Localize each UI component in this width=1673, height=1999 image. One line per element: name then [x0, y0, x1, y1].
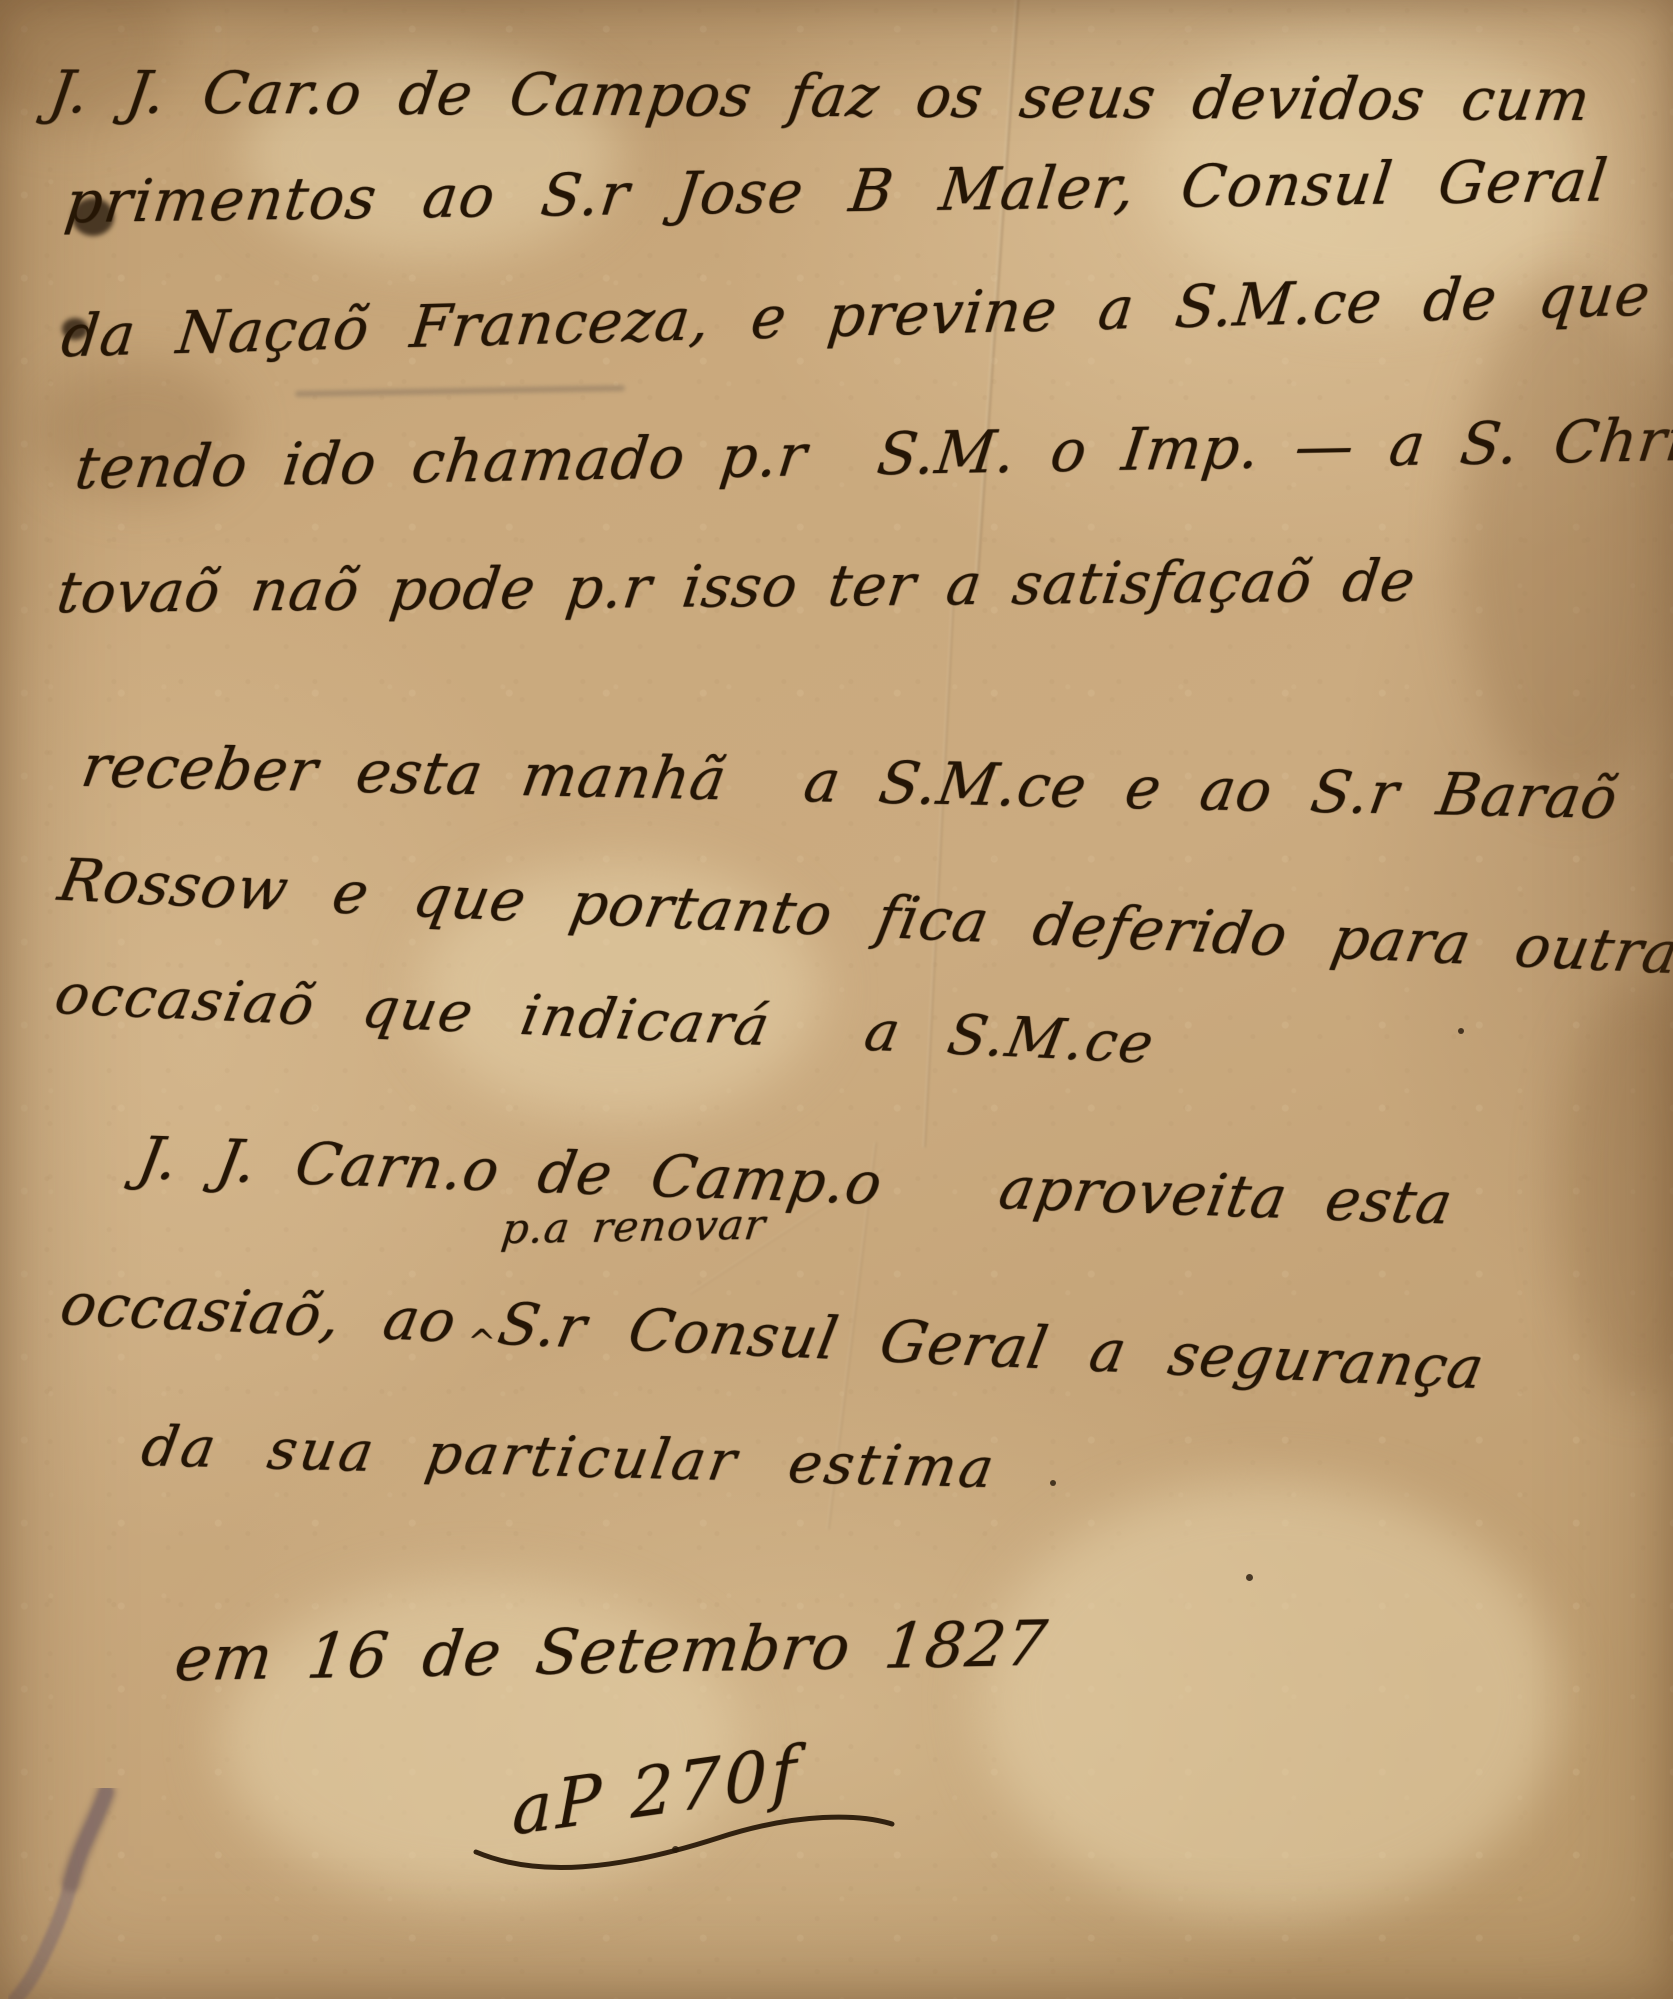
- manuscript-line-11: da sua particular estima: [137, 1414, 1001, 1501]
- manuscript-line-8: occasiaõ que indicará a S.M.ce: [50, 962, 1160, 1076]
- pencil-smudge-under-line-3: [295, 385, 625, 397]
- docket-number: aP 270f: [512, 1732, 800, 1852]
- paper-stain-dark-2: [1460, 280, 1673, 800]
- paper-stain-dark-3: [1560, 980, 1673, 1400]
- paper-stain-light-5: [980, 1480, 1560, 1920]
- manuscript-line-7: Rossow e que portanto fica deferido para…: [53, 846, 1673, 987]
- interlinear-insertion: p.a renovar: [499, 1199, 769, 1253]
- wax-smudge-bottom-left: [8, 1788, 138, 1999]
- ink-speck-1: [1246, 1574, 1253, 1581]
- ink-speck-3: [672, 1846, 679, 1853]
- manuscript-line-5: tovaõ naõ pode p.r isso ter a satisfaçaõ…: [53, 548, 1419, 626]
- ink-speck-2: [1050, 1480, 1056, 1486]
- ink-speck-4: [1458, 1028, 1464, 1034]
- manuscript-line-9: J. J. Carn.o de Camp.o aproveita esta: [133, 1124, 1458, 1237]
- manuscript-line-1: J. J. Car.o de Campos faz os seus devido…: [45, 58, 1595, 134]
- manuscript-line-10: occasiaõ, ao S.r Consul Geral a seguranç…: [55, 1270, 1490, 1402]
- manuscript-line-3: da Naçaõ Franceza, e previne a S.M.ce de…: [58, 260, 1654, 370]
- date-line: em 16 de Setembro 1827: [171, 1607, 1051, 1695]
- manuscript-line-6: receber esta manhã a S.M.ce e ao S.r Bar…: [77, 732, 1623, 832]
- manuscript-page: J. J. Car.o de Campos faz os seus devido…: [0, 0, 1673, 1999]
- manuscript-line-2: primentos ao S.r Jose B Maler, Consul Ge…: [61, 146, 1612, 236]
- manuscript-line-4: tendo ido chamado p.r S.M. o Imp. — a S.…: [72, 405, 1673, 502]
